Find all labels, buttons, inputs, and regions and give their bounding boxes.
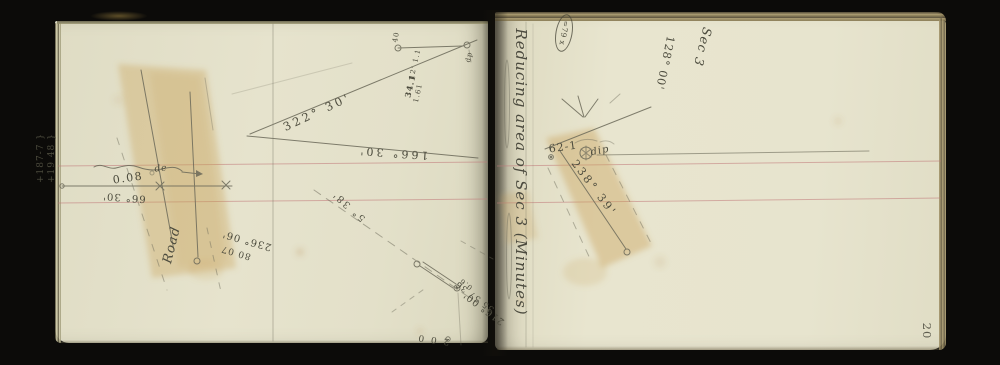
page-number: 20 (920, 323, 934, 340)
margin-note-line2: +19 48 } (47, 133, 58, 183)
margin-note: +187-7 } +19 48 } (36, 133, 59, 183)
page-title-vertical: Reducing area of Sec 3 (Minutes) (512, 28, 530, 315)
de-note: de (154, 163, 168, 174)
pencil-drawing-right (505, 22, 870, 347)
oval-stamp-text: =79 x (557, 20, 570, 46)
notebook-scan: +187-7 } +19 48 } 0.08 de 66° 30' Road 2… (0, 0, 1000, 365)
survey-sketch-svg (0, 0, 1000, 365)
margin-note-line1: +187-7 } (36, 133, 47, 183)
